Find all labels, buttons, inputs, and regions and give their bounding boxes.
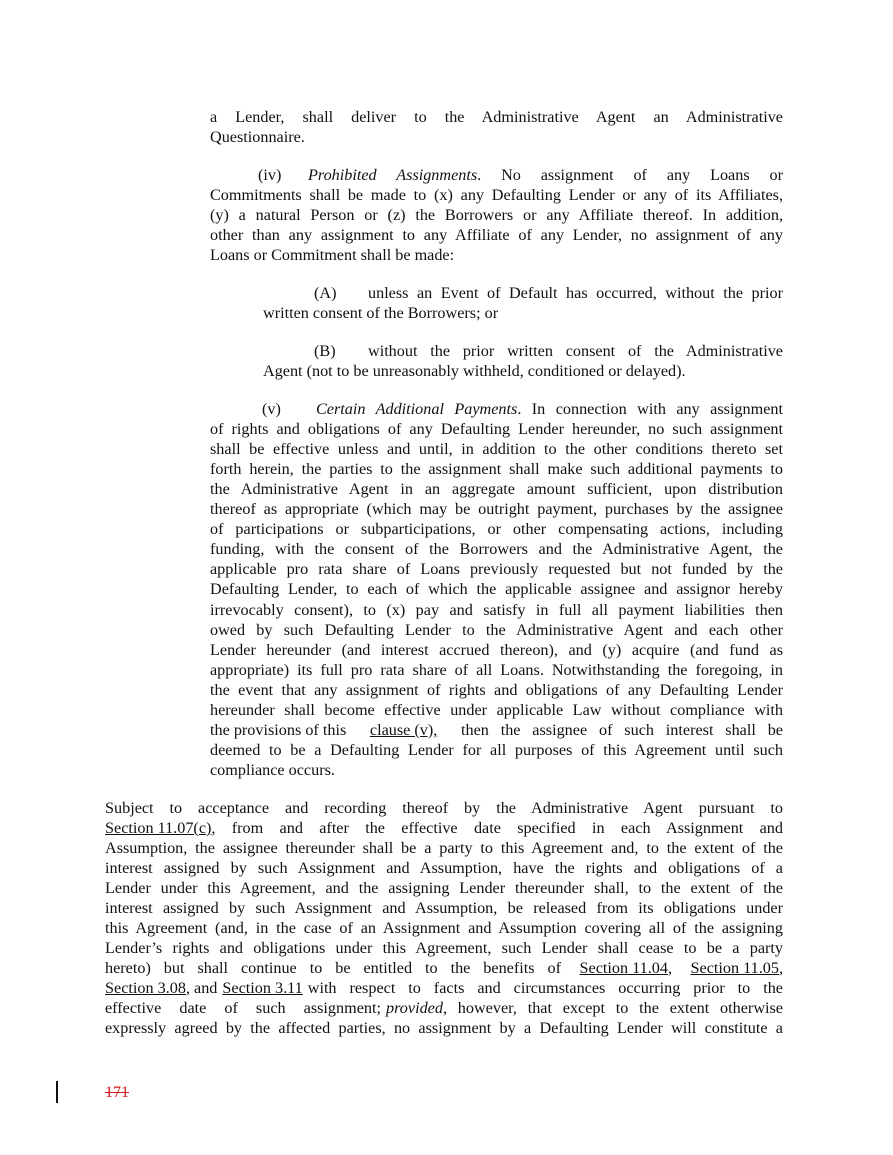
text-line-with-link: Section 11.07(c) , from and after the ef…: [105, 818, 783, 838]
section-3-11-link[interactable]: Section 3.11: [222, 978, 302, 998]
clause-iv-first-line: (iv)Prohibited Assignments. No assignmen…: [210, 165, 783, 185]
clause-label: (B): [314, 341, 368, 361]
section-3-08-link[interactable]: Section 3.08: [105, 978, 186, 998]
text-line: Loans or Commitment shall be made:: [210, 245, 454, 265]
text-line: a Lender, shall deliver to the Administr…: [210, 107, 783, 127]
text-line: shall be effective unless and until, in …: [210, 439, 783, 459]
text-span: ,: [668, 959, 672, 977]
text-span: unless an Event of Default has occurred,…: [368, 283, 783, 303]
text-line: interest assigned by such Assignment and…: [105, 898, 783, 918]
text-line: hereunder shall become effective under a…: [210, 700, 783, 720]
clause-label: (v): [262, 399, 316, 419]
text-line: deemed to be a Defaulting Lender for all…: [210, 740, 783, 760]
clause-heading: Certain Additional Payments: [316, 400, 517, 418]
text-line: the Administrative Agent in an aggregate…: [210, 479, 783, 499]
clause-v-first-line: (v)Certain Additional Payments. In conne…: [210, 399, 783, 419]
clause-A-first-line: (A)unless an Event of Default has occurr…: [314, 283, 783, 303]
text-span: then the assignee of such interest shall…: [461, 720, 783, 740]
change-bar: [56, 1081, 58, 1103]
text-line: compliance occurs.: [210, 760, 335, 780]
text-line: of rights and obligations of any Default…: [210, 419, 783, 439]
document-page: a Lender, shall deliver to the Administr…: [0, 0, 893, 1155]
text-line: Assumption, the assignee thereunder shal…: [105, 838, 783, 858]
text-line: thereof as appropriate (which may be out…: [210, 499, 783, 519]
text-span: hereto) but shall continue to be entitle…: [105, 958, 561, 978]
clause-v-reference-link[interactable]: clause (v),: [370, 720, 437, 740]
text-span: . No assignment of any Loans or: [477, 166, 783, 184]
section-11-04-link[interactable]: Section 11.04: [580, 959, 668, 977]
text-line: other than any assignment to any Affilia…: [210, 225, 783, 245]
text-line: of participations or subparticipations, …: [210, 519, 783, 539]
clause-B-first-line: (B)without the prior written consent of …: [314, 341, 783, 361]
text-span: , and: [186, 978, 217, 998]
text-span: effective date of such assignment;: [105, 998, 381, 1018]
text-line: Defaulting Lender, to each of which the …: [210, 579, 783, 599]
clause-label: (iv): [258, 165, 308, 185]
text-span: with respect to facts and circumstances …: [308, 978, 783, 998]
text-span: ,: [779, 959, 783, 977]
text-line: Lender hereunder (and interest accrued t…: [210, 640, 783, 660]
clause-heading: Prohibited Assignments: [308, 166, 477, 184]
text-line: Subject to acceptance and recording ther…: [105, 798, 783, 818]
section-11-07c-link[interactable]: Section 11.07(c): [105, 818, 211, 838]
text-line: Lender under this Agreement, and the ass…: [105, 878, 783, 898]
text-line: interest assigned by such Assignment and…: [105, 858, 783, 878]
text-line: Agent (not to be unreasonably withheld, …: [263, 361, 686, 381]
text-line: funding, with the consent of the Borrowe…: [210, 539, 783, 559]
text-span: , however, that except to the extent oth…: [443, 998, 783, 1018]
text-line: applicable pro rata share of Loans previ…: [210, 559, 783, 579]
text-line: appropriate) its full pro rata share of …: [210, 660, 783, 680]
text-line: expressly agreed by the affected parties…: [105, 1018, 783, 1038]
text-line-with-link: the provisions of this clause (v), then …: [210, 720, 783, 740]
text-line-with-links: hereto) but shall continue to be entitle…: [105, 958, 783, 978]
text-line: (y) a natural Person or (z) the Borrower…: [210, 205, 783, 225]
text-span: without the prior written consent of the…: [368, 341, 783, 361]
text-line: Lender’s rights and obligations under th…: [105, 938, 783, 958]
text-span: the provisions of this: [210, 720, 346, 740]
text-line: Questionnaire.: [210, 127, 305, 147]
text-line: this Agreement (and, in the case of an A…: [105, 918, 783, 938]
text-line: owed by such Defaulting Lender to the Ad…: [210, 620, 783, 640]
provided-term: provided: [386, 998, 443, 1018]
text-span: . In connection with any assignment: [517, 400, 783, 418]
text-line: irrevocably consent), to (x) pay and sat…: [210, 600, 783, 620]
text-line: written consent of the Borrowers; or: [263, 303, 498, 323]
section-11-05-link[interactable]: Section 11.05: [691, 959, 779, 977]
text-span: , from and after the effective date spec…: [211, 818, 783, 838]
clause-label: (A): [314, 283, 368, 303]
page-number-deleted: 171: [105, 1084, 129, 1102]
text-line-with-links: Section 3.08 , and Section 3.11 with res…: [105, 978, 783, 998]
text-line: the event that any assignment of rights …: [210, 680, 783, 700]
text-line-with-italic: effective date of such assignment; provi…: [105, 998, 783, 1018]
text-line: forth herein, the parties to the assignm…: [210, 459, 783, 479]
text-line: Commitments shall be made to (x) any Def…: [210, 185, 783, 205]
